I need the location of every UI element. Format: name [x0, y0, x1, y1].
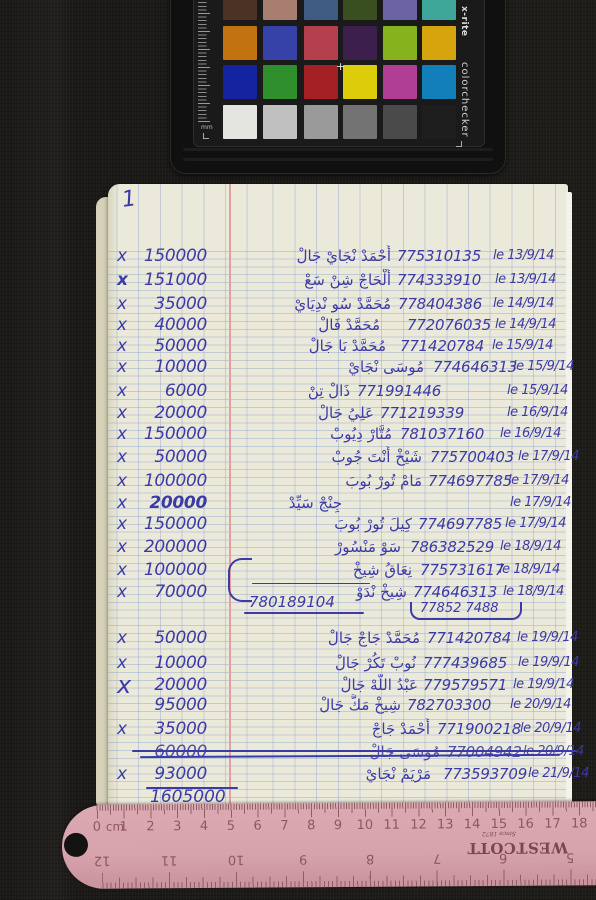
- checker-scale-unit: mm: [201, 124, 213, 131]
- amount: 60000: [125, 741, 207, 763]
- cm-label: 16: [517, 817, 534, 832]
- payer-name: أَحْمَدْ جَاجْ: [300, 718, 430, 740]
- ruler-hole: [64, 833, 88, 857]
- cm-label: 4: [200, 819, 208, 834]
- inch-label: 7: [432, 850, 440, 865]
- inch-label: 6: [499, 850, 507, 865]
- payer-name: سَوْ مَنْسُورْ: [236, 536, 401, 558]
- color-patch: [343, 0, 377, 20]
- ledger-row: x 50000 مُحَمَّدْ جَاجْ جَالْ 771420784 …: [0, 627, 596, 649]
- amount: 35000: [125, 293, 207, 315]
- amount: 50000: [125, 335, 207, 357]
- date: le 14/9/14: [495, 314, 556, 336]
- payer-name: مُحَمَّدْ بَا جَالْ: [236, 335, 386, 357]
- amount: 100000: [125, 470, 207, 492]
- payer-name: أَحْمَدْ نْجَايْ جَالْ: [236, 245, 391, 267]
- ledger-row: x 150000 أَحْمَدْ نْجَايْ جَالْ 77531013…: [0, 245, 596, 267]
- date: le 20/9/14: [520, 718, 581, 740]
- color-patch: [304, 26, 338, 60]
- color-patch: [263, 65, 297, 99]
- date: le 14/9/14: [493, 293, 554, 315]
- amount: 150000: [125, 423, 207, 445]
- color-patch: [223, 26, 257, 60]
- checker-brand-label: x-rite: [459, 6, 469, 36]
- amount: 95000: [125, 694, 207, 716]
- color-patch: [304, 65, 338, 99]
- cm-label: 9: [334, 818, 342, 833]
- phone-number: 786382529: [410, 536, 494, 558]
- ledger-row: x 6000 ذَالْ تِنْ 771991446 le 15/9/14: [0, 380, 596, 402]
- cm-label: 2: [146, 819, 154, 834]
- date: le 16/9/14: [507, 402, 568, 424]
- date: le 16/9/14: [500, 423, 561, 445]
- color-patch: [422, 65, 456, 99]
- date: le 18/9/14: [500, 536, 561, 558]
- ledger-row: 95000 شِيخْ مَكَّ جَالْ 782703300 le 20/…: [0, 694, 596, 716]
- extra-phone-number: 77852 7488: [420, 599, 499, 619]
- amount: 6000: [125, 380, 207, 402]
- cm-label: 0: [93, 820, 101, 835]
- cm-label: 10: [357, 818, 374, 833]
- ledger-row: x 20000 جِنْجْ سَيِّدْ le 17/9/14: [0, 492, 596, 514]
- payer-name: كِيلَ تُورْ بُوبَ: [242, 513, 412, 535]
- inch-label: 11: [161, 852, 178, 867]
- payer-name: مَرْيَمْ نْجَايْ: [236, 763, 431, 785]
- date: le 19/9/14: [517, 627, 578, 649]
- payer-name: مَامْ تُورْ بُوبَ: [242, 470, 422, 492]
- payer-name: نُوبْ تَكُرْ جَالْ: [236, 652, 416, 674]
- payer-name: شِيخْ نْدَوْ: [337, 581, 407, 603]
- amount: 20000: [125, 674, 207, 696]
- color-patch: [343, 105, 377, 139]
- cm-label: 14: [464, 817, 481, 832]
- date: le 17/9/14: [510, 492, 571, 514]
- overline: [252, 583, 370, 584]
- phone-number: 77004942: [447, 741, 522, 763]
- payer-name: مُحَمَّدْ فَالْ: [250, 314, 380, 336]
- cm-label: 7: [280, 818, 288, 833]
- payer-name: نِعَاقُ شِيخْ: [262, 559, 412, 581]
- color-patch: [304, 105, 338, 139]
- cm-label: 13: [437, 817, 454, 832]
- ledger-row-struck: 60000 مُوسَى جَالْ 77004942 le 20/9/14: [0, 741, 596, 763]
- cm-label: 15: [491, 817, 508, 832]
- color-patch: [422, 0, 456, 20]
- checker-product-label: colorchecker: [459, 62, 470, 138]
- inch-label: 5: [566, 849, 574, 864]
- cm-label: 8: [307, 818, 315, 833]
- cm-label: 1: [119, 820, 127, 835]
- date: le 19/9/14: [518, 652, 579, 674]
- payer-name: عَلِيُ جَالْ: [236, 402, 374, 424]
- amount: 150000: [125, 245, 207, 267]
- payer-name: مُوسَى جَالْ: [240, 741, 440, 763]
- phone-number: 777439685: [423, 652, 507, 674]
- cm-label: 6: [253, 819, 261, 834]
- cm-label: 12: [410, 817, 427, 832]
- inch-ticks: [102, 869, 596, 889]
- phone-number: 775700403: [430, 446, 514, 468]
- phone-number: 781037160: [400, 423, 484, 445]
- date: le 17/9/14: [505, 513, 566, 535]
- ledger-row: x 10000 مُوسَى نْجَايْ 774646313 le 15/9…: [0, 356, 596, 378]
- payer-name: مُتَّارْ دِيُوبْ: [236, 423, 392, 445]
- color-patch: [263, 0, 297, 20]
- corner-mark: [203, 133, 209, 139]
- payer-name: جِنْجْ سَيِّدْ: [222, 492, 342, 514]
- phone-number: 778404386: [398, 293, 482, 315]
- phone-number: 779579571: [423, 674, 507, 696]
- date: le 19/9/14: [513, 674, 574, 696]
- payer-name: عَبْدُ اللَّهْ جَالْ: [268, 674, 418, 696]
- inch-label: 9: [299, 851, 307, 866]
- ledger-row: x 40000 مُحَمَّدْ فَالْ 772076035 le 14/…: [0, 314, 596, 336]
- color-patch: [223, 0, 257, 20]
- date: le 20/9/14: [523, 741, 584, 763]
- amount: 70000: [125, 581, 207, 603]
- ledger-row: x 35000 أَحْمَدْ جَاجْ 771900218 le 20/9…: [0, 718, 596, 740]
- amount: 150000: [125, 513, 207, 535]
- color-patch: [383, 26, 417, 60]
- ledger-row: x 200000 سَوْ مَنْسُورْ 786382529 le 18/…: [0, 536, 596, 558]
- checker-scale-ticks: [198, 0, 210, 122]
- date: le 18/9/14: [499, 559, 560, 581]
- amount: 20000: [125, 402, 207, 424]
- color-patch: [223, 105, 257, 139]
- cm-label: 18: [571, 816, 588, 831]
- phone-number: 782703300: [407, 694, 491, 716]
- phone-number: 771420784: [427, 627, 511, 649]
- inch-label: 10: [228, 852, 245, 867]
- underline: [244, 612, 364, 614]
- cm-label: 5: [227, 819, 235, 834]
- payer-name: شِيخْ مَكَّ جَالْ: [236, 694, 401, 716]
- ledger-row: x 20000 عَلِيُ جَالْ 771219339 le 16/9/1…: [0, 402, 596, 424]
- color-patch: [223, 65, 257, 99]
- amount: 50000: [125, 627, 207, 649]
- payer-name: شَيْخْ أَنْتَ جُوبْ: [236, 446, 422, 468]
- ledger-row: x 100000 مَامْ تُورْ بُوبَ 774697785 le …: [0, 470, 596, 492]
- crosshair-icon: +: [336, 61, 345, 72]
- payer-name: مُحَمَّدْ سُو نْدِيَايْ: [236, 293, 391, 315]
- color-patch: [383, 0, 417, 20]
- color-patch: [263, 26, 297, 60]
- ledger-row: x 35000 مُحَمَّدْ سُو نْدِيَايْ 77840438…: [0, 293, 596, 315]
- ledger-row: x 10000 نُوبْ تَكُرْ جَالْ 777439685 le …: [0, 652, 596, 674]
- inch-label: 8: [365, 851, 373, 866]
- date: le 13/9/14: [495, 269, 556, 291]
- holder-groove: [183, 158, 493, 161]
- phone-number: 771991446: [357, 380, 441, 402]
- phone-number: 771420784: [400, 335, 484, 357]
- amount: 20000: [125, 492, 207, 514]
- cm-label: 17: [544, 817, 561, 832]
- phone-number: 774697785: [418, 513, 502, 535]
- payer-name: مُحَمَّدْ جَاجْ جَالْ: [255, 627, 420, 649]
- strike-through: [132, 750, 577, 752]
- phone-number: 774697785: [428, 470, 512, 492]
- ledger-row: x 50000 مُحَمَّدْ بَا جَالْ 771420784 le…: [0, 335, 596, 357]
- corner-mark: [456, 141, 462, 147]
- date: le 15/9/14: [492, 335, 553, 357]
- date: le 15/9/14: [507, 380, 568, 402]
- cm-label: 11: [383, 818, 400, 833]
- color-patch: [304, 0, 338, 20]
- ruler-brand-logo: WESTCOTT: [467, 838, 568, 857]
- amount: 151000: [125, 269, 207, 291]
- date: le 18/9/14: [503, 581, 564, 603]
- ledger-row: x 150000 كِيلَ تُورْ بُوبَ 774697785 le …: [0, 513, 596, 535]
- date: le 15/9/14: [513, 356, 574, 378]
- phone-number: 773593709: [443, 763, 527, 785]
- payer-name: أَلْحَاجْ شِنْ سَعْ: [236, 269, 391, 291]
- ledger-row: x 151000 أَلْحَاجْ شِنْ سَعْ 774333910 l…: [0, 269, 596, 291]
- date: le 17/9/14: [508, 470, 569, 492]
- phone-number: 771900218: [437, 718, 521, 740]
- phone-number: 775310135: [397, 245, 481, 267]
- date: le 21/9/14: [528, 763, 589, 785]
- cm-label: 3: [173, 819, 181, 834]
- color-patch: [383, 105, 417, 139]
- amount: 10000: [125, 356, 207, 378]
- extra-phone-number: 780189104: [249, 592, 335, 612]
- color-patch: [343, 65, 377, 99]
- inch-label: 12: [94, 853, 111, 868]
- holder-groove: [183, 148, 493, 151]
- phone-number: 772076035: [407, 314, 491, 336]
- phone-number: 775731617: [420, 559, 504, 581]
- payer-name: ذَالْ تِنْ: [236, 380, 350, 402]
- color-patch: [422, 105, 456, 139]
- phone-number: 771219339: [380, 402, 464, 424]
- amount: 93000: [125, 763, 207, 785]
- ledger-row: x 50000 شَيْخْ أَنْتَ جُوبْ 775700403 le…: [0, 446, 596, 468]
- phone-number: 774333910: [397, 269, 481, 291]
- phone-number: 774646313: [433, 356, 517, 378]
- color-patch: [343, 26, 377, 60]
- ledger-row: x 150000 مُتَّارْ دِيُوبْ 781037160 le 1…: [0, 423, 596, 445]
- ruler: cm Since 1872 WESTCOTT 01234567891011121…: [62, 801, 596, 889]
- color-patch: [422, 26, 456, 60]
- amount: 35000: [125, 718, 207, 740]
- date: le 13/9/14: [493, 245, 554, 267]
- payer-name: مُوسَى نْجَايْ: [236, 356, 424, 378]
- color-patch: [383, 65, 417, 99]
- amount: 10000: [125, 652, 207, 674]
- amount: 40000: [125, 314, 207, 336]
- color-patch: [263, 105, 297, 139]
- amount: 50000: [125, 446, 207, 468]
- amount: 200000: [125, 536, 207, 558]
- ledger-row: x 20000 عَبْدُ اللَّهْ جَالْ 779579571 l…: [0, 674, 596, 696]
- amount: 100000: [125, 559, 207, 581]
- date: le 20/9/14: [510, 694, 571, 716]
- ledger-row: x 100000 نِعَاقُ شِيخْ 775731617 le 18/9…: [0, 559, 596, 581]
- date: le 17/9/14: [518, 446, 579, 468]
- ledger-row: x 93000 مَرْيَمْ نْجَايْ 773593709 le 21…: [0, 763, 596, 785]
